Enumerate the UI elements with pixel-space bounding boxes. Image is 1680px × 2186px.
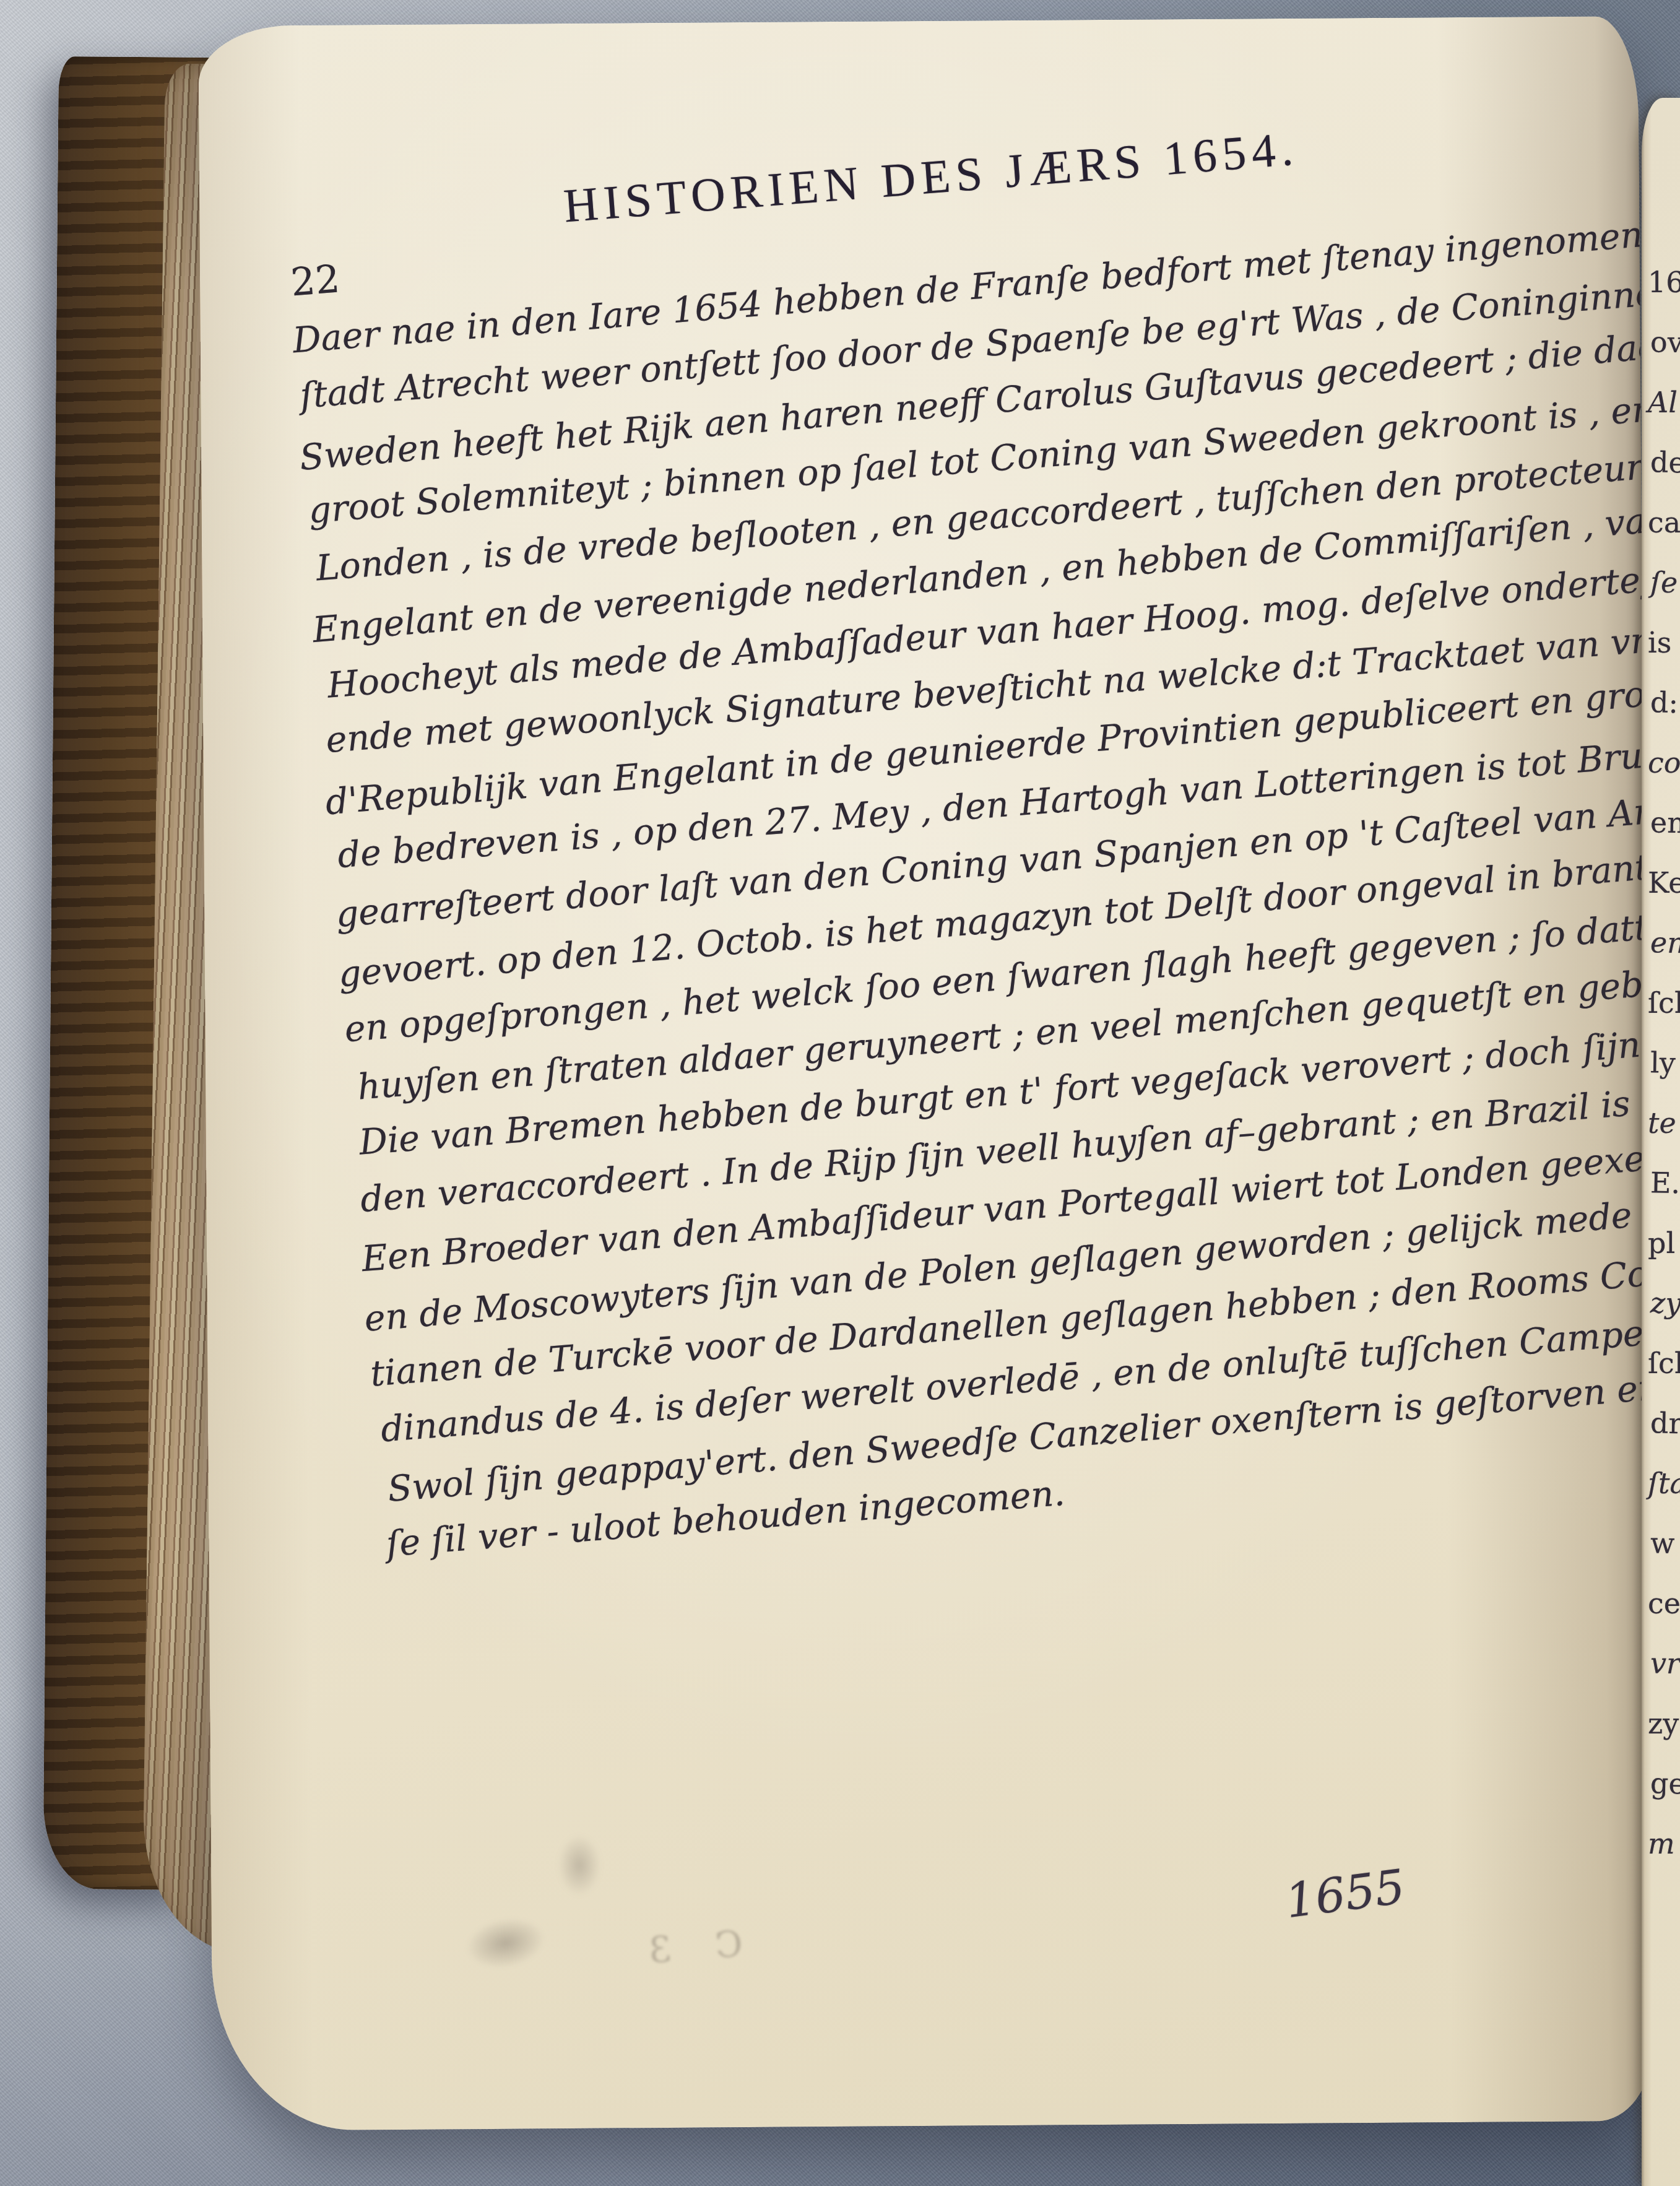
- show-through-signature-mark: C 3: [631, 1922, 743, 1972]
- text-fragment: ſe: [1650, 552, 1680, 613]
- text-fragment: te: [1648, 1093, 1680, 1153]
- text-fragment: E.: [1650, 1153, 1680, 1213]
- text-fragment: ſch: [1648, 1334, 1680, 1394]
- facing-page-text-fragments: 16ovAldecaſeis td:coenKeenſchlyteE.plzyſ…: [1648, 253, 1680, 1874]
- text-fragment: ca: [1648, 493, 1680, 553]
- text-fragment: d:: [1650, 672, 1680, 733]
- text-fragment: ſch: [1648, 973, 1680, 1033]
- text-fragment: ce: [1648, 1574, 1680, 1634]
- paper-smudge: [558, 1834, 602, 1896]
- text-fragment: Ke: [1648, 853, 1680, 913]
- text-fragment: Al: [1648, 373, 1680, 433]
- text-fragment: co: [1648, 733, 1680, 793]
- text-fragment: ſta: [1648, 1454, 1680, 1514]
- text-fragment: pl: [1648, 1213, 1680, 1273]
- text-fragment: 16: [1648, 253, 1680, 313]
- text-fragment: en: [1650, 792, 1680, 853]
- text-fragment: de: [1650, 432, 1680, 493]
- handwritten-year-catchword: 1655: [1282, 1859, 1408, 1928]
- text-fragment: ge: [1650, 1753, 1680, 1814]
- paper-smudge: [462, 1912, 550, 1975]
- printed-text-block: 22 HISTORIEN DES JÆRS 1654. Daer nae in …: [256, 97, 1653, 1577]
- text-fragment: dr: [1650, 1393, 1680, 1454]
- text-fragment: en: [1650, 913, 1680, 973]
- text-fragment: zy: [1648, 1694, 1680, 1754]
- text-fragment: is t: [1648, 613, 1680, 673]
- text-fragment: ov: [1650, 312, 1680, 373]
- photo-of-open-book: 22 HISTORIEN DES JÆRS 1654. Daer nae in …: [0, 0, 1680, 2186]
- text-fragment: vr: [1650, 1633, 1680, 1694]
- left-page: 22 HISTORIEN DES JÆRS 1654. Daer nae in …: [198, 16, 1653, 2131]
- text-fragment: ly: [1650, 1033, 1680, 1093]
- page-number: 22: [289, 256, 341, 305]
- text-fragment: zy: [1650, 1273, 1680, 1334]
- body-text: Daer nae in den Iare 1654 hebben de Fran…: [265, 209, 1653, 1577]
- text-fragment: m: [1648, 1814, 1680, 1874]
- text-fragment: w: [1650, 1513, 1680, 1574]
- facing-page-edge: 16ovAldecaſeis td:coenKeenſchlyteE.plzyſ…: [1642, 98, 1680, 2186]
